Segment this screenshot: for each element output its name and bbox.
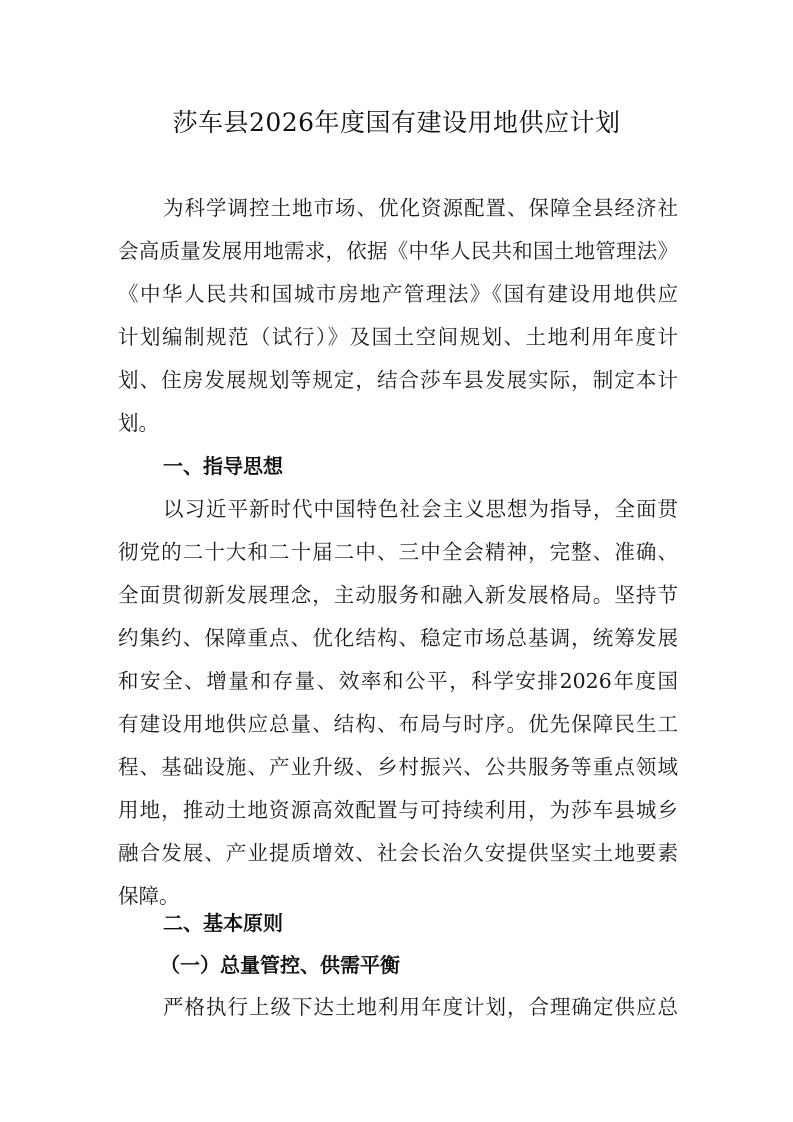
section-line: 彻党的二十大和二十届二中、三中全会精神，完整、准确、 (118, 537, 678, 567)
section-line: 用地，推动土地资源高效配置与可持续利用，为莎车县城乡 (118, 795, 678, 825)
intro-line: 《中华人民共和国城市房地产管理法》《国有建设用地供应 (118, 279, 678, 309)
section-line: 和安全、增量和存量、效率和公平，科学安排2026年度国 (118, 666, 678, 696)
intro-line: 为科学调控土地市场、优化资源配置、保障全县经济社 (163, 193, 678, 223)
document-page: 莎车县2026年度国有建设用地供应计划 为科学调控土地市场、优化资源配置、保障全… (0, 0, 793, 1122)
intro-line: 计划编制规范（试行）》及国土空间规划、土地利用年度计 (118, 322, 678, 352)
section-line: 有建设用地供应总量、结构、布局与时序。优先保障民生工 (118, 709, 678, 739)
section-line: 全面贯彻新发展理念，主动服务和融入新发展格局。坚持节 (118, 580, 678, 610)
intro-line: 划、住房发展规划等规定，结合莎车县发展实际，制定本计 (118, 365, 678, 395)
section-line: 约集约、保障重点、优化结构、稳定市场总基调，统筹发展 (118, 623, 678, 653)
section-line: 程、基础设施、产业升级、乡村振兴、公共服务等重点领域 (118, 752, 678, 782)
section-heading-guiding-ideology: 一、指导思想 (163, 451, 283, 481)
document-title: 莎车县2026年度国有建设用地供应计划 (0, 103, 793, 139)
section-line: 以习近平新时代中国特色社会主义思想为指导，全面贯 (163, 494, 678, 524)
section-heading-basic-principles: 二、基本原则 (163, 908, 283, 938)
intro-line: 划。 (118, 408, 678, 438)
section-line: 保障。 (118, 881, 678, 911)
intro-line: 会高质量发展用地需求，依据《中华人民共和国土地管理法》 (118, 236, 678, 266)
section-line: 严格执行上级下达土地利用年度计划，合理确定供应总 (163, 992, 678, 1022)
subsection-heading-total-control: （一）总量管控、供需平衡 (160, 950, 400, 980)
section-line: 融合发展、产业提质增效、社会长治久安提供坚实土地要素 (118, 838, 678, 868)
